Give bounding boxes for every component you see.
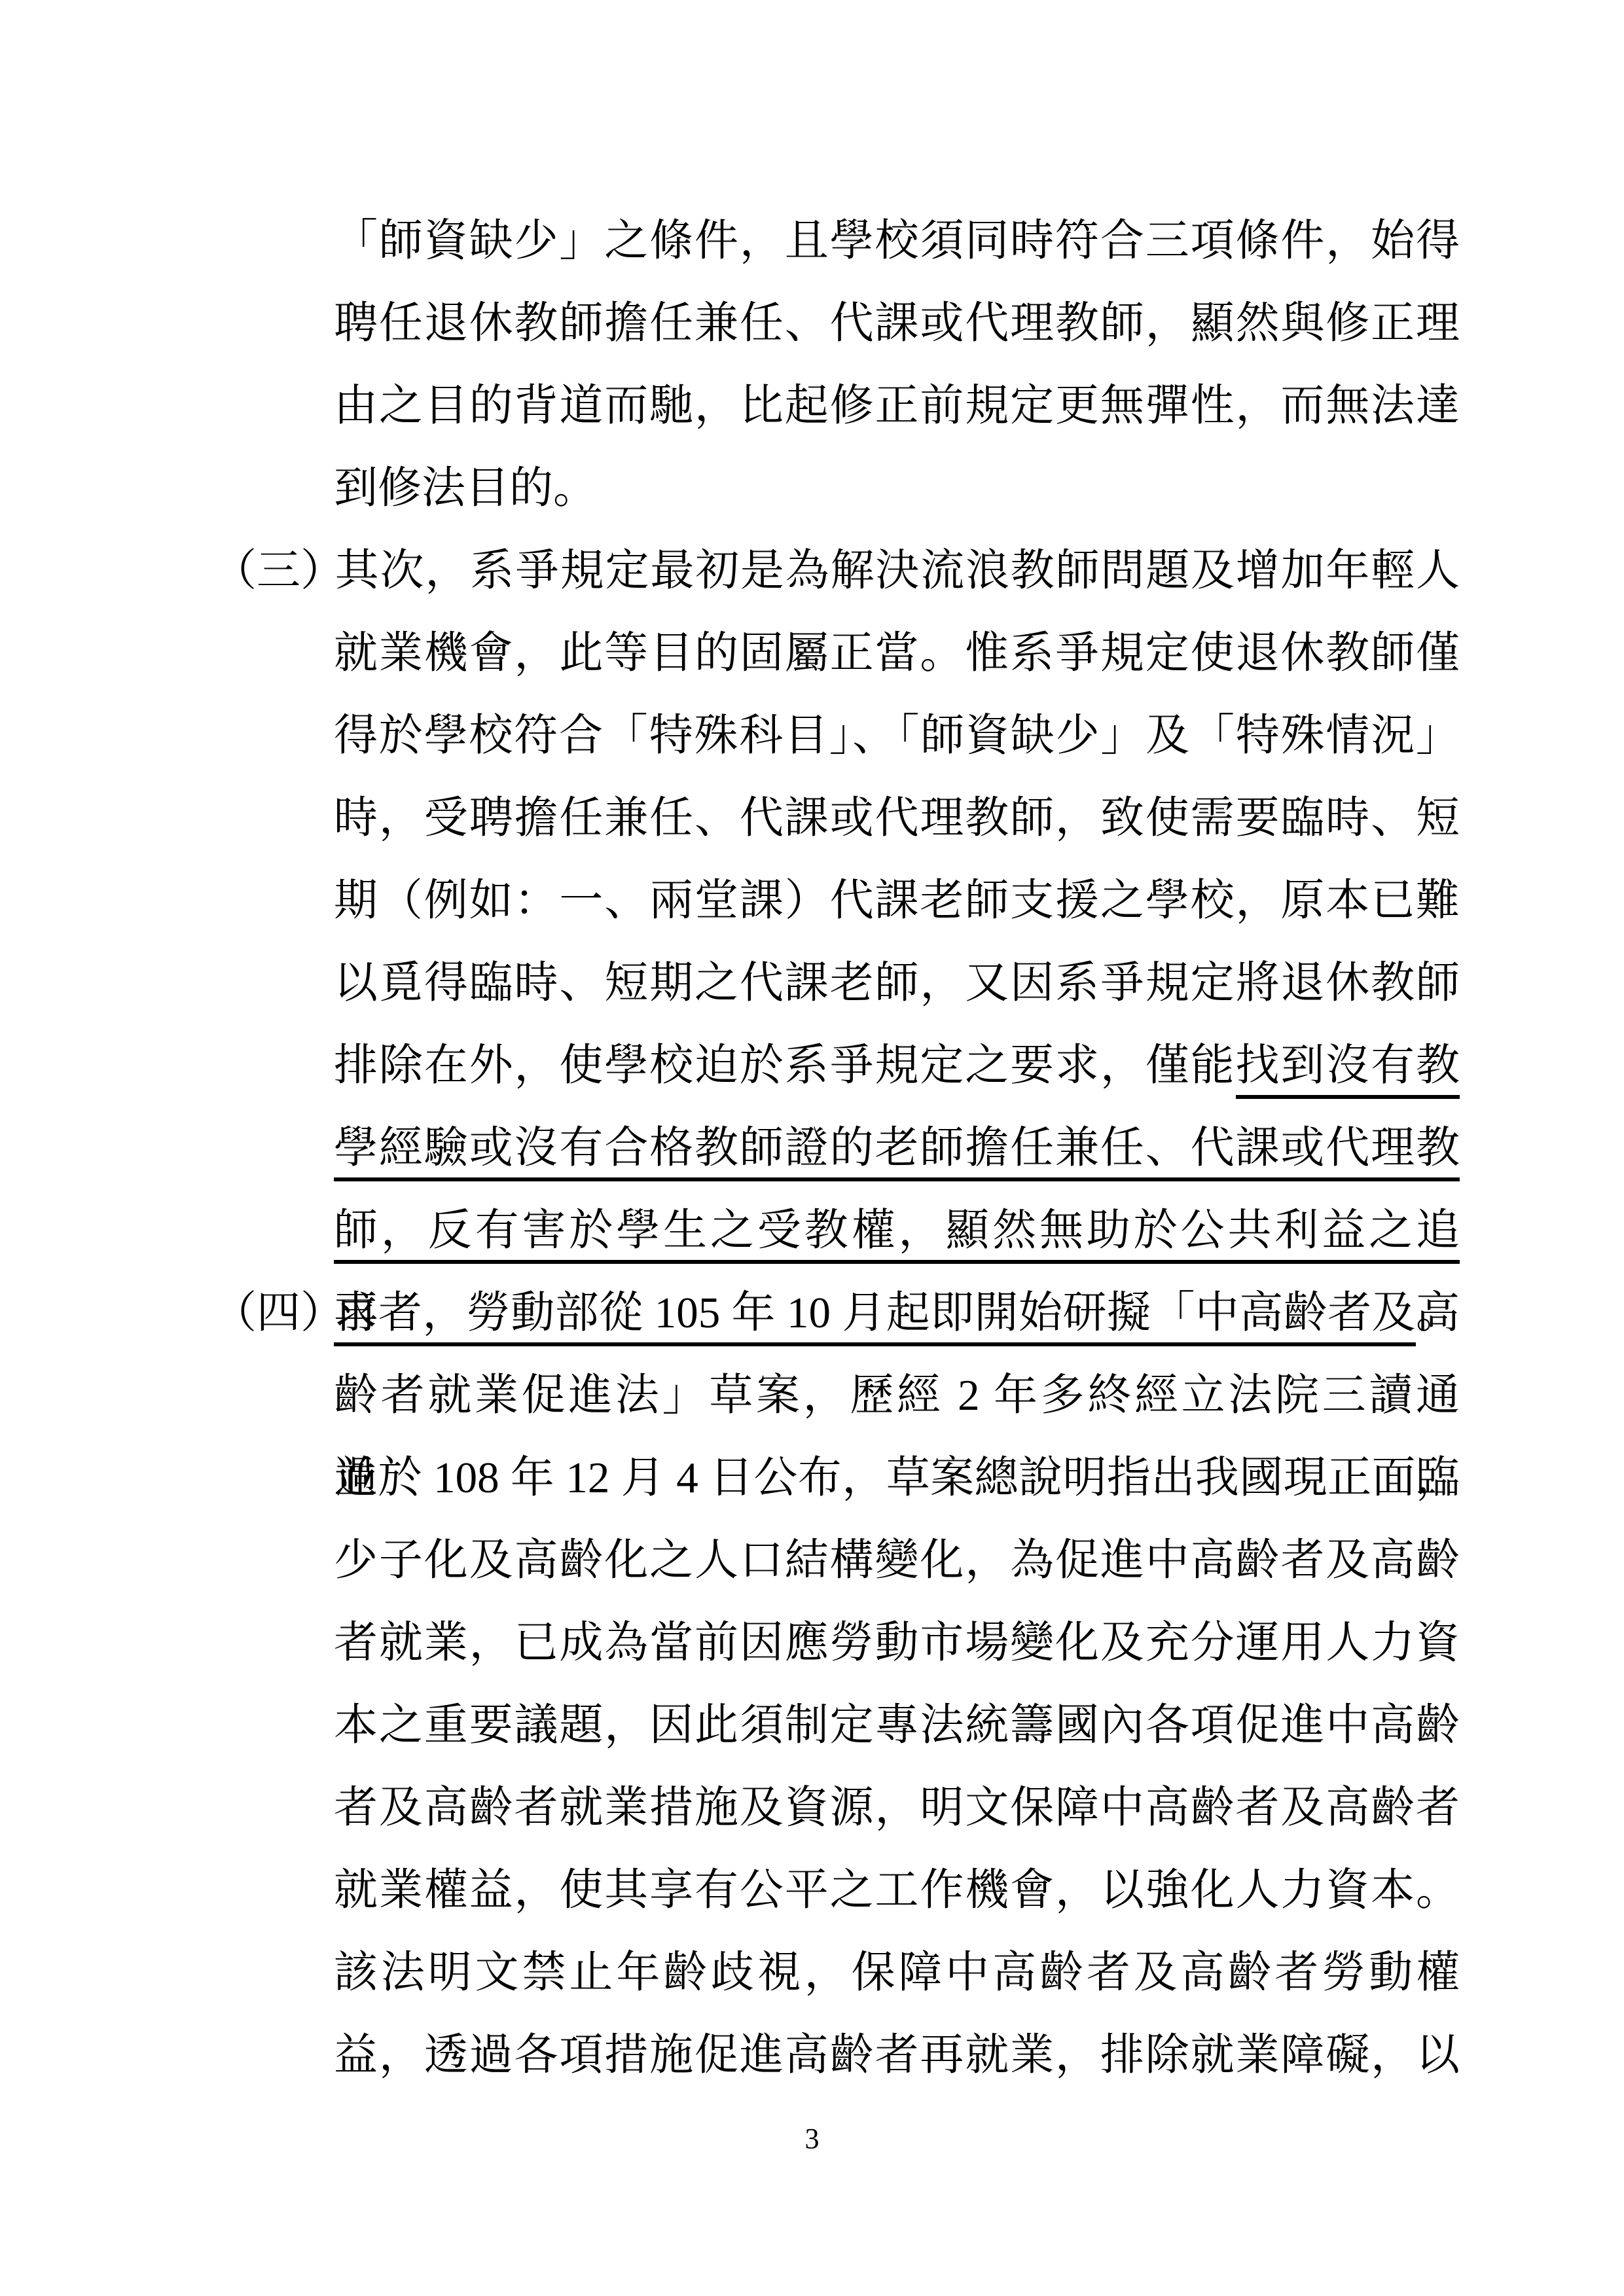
text-line: 就業機會，此等目的固屬正當。惟系爭規定使退休教師僅 <box>213 612 1460 694</box>
text-segment: 期（例如：一、兩堂課）代課老師支援之學校，原本已難 <box>334 876 1460 925</box>
text-line: （四）再者，勞動部從 105 年 10 月起即開始研擬「中高齡者及高 <box>213 1272 1460 1354</box>
text-line: 該法明文禁止年齡歧視，保障中高齡者及高齡者勞動權 <box>213 1931 1460 2014</box>
text-line: 排除在外，使學校迫於系爭規定之要求，僅能找到沒有教 <box>213 1024 1460 1107</box>
text-segment: 少子化及高齡化之人口結構變化，為促進中高齡者及高齡 <box>334 1536 1460 1585</box>
text-line: 期（例如：一、兩堂課）代課老師支援之學校，原本已難 <box>213 859 1460 942</box>
text-line: 時，受聘擔任兼任、代課或代理教師，致使需要臨時、短 <box>213 777 1460 859</box>
document-page: 「師資缺少」之條件，且學校須同時符合三項條件，始得聘任退休教師擔任兼任、代課或代… <box>0 0 1624 2296</box>
list-item-marker: （三） <box>213 529 334 612</box>
text-line: 者及高齡者就業措施及資源，明文保障中高齡者及高齡者 <box>213 1767 1460 1849</box>
text-line: 齡者就業促進法」草案，歷經 2 年多終經立法院三讀通過， <box>213 1354 1460 1437</box>
text-segment: 本之重要議題，因此須制定專法統籌國內各項促進中高齡 <box>334 1701 1460 1749</box>
text-segment: 者就業，已成為當前因應勞動市場變化及充分運用人力資 <box>334 1619 1460 1667</box>
text-segment: 其次，系爭規定最初是為解決流浪教師問題及增加年輕人 <box>334 547 1460 595</box>
text-line: 者就業，已成為當前因應勞動市場變化及充分運用人力資 <box>213 1602 1460 1684</box>
text-segment: 益，透過各項措施促進高齡者再就業，排除就業障礙，以 <box>334 2031 1460 2079</box>
text-line: 由之目的背道而馳，比起修正前規定更無彈性，而無法達 <box>213 365 1460 447</box>
text-line: 少子化及高齡化之人口結構變化，為促進中高齡者及高齡 <box>213 1519 1460 1602</box>
text-line: 並於 108 年 12 月 4 日公布，草案總說明指出我國現正面臨 <box>213 1437 1460 1519</box>
text-segment: 者及高齡者就業措施及資源，明文保障中高齡者及高齡者 <box>334 1784 1460 1832</box>
text-segment: 以覓得臨時、短期之代課老師，又因系爭規定將退休教師 <box>334 959 1460 1007</box>
text-segment: 得於學校符合「特殊科目」、「師資缺少」及「特殊情況」 <box>334 711 1460 760</box>
text-segment: 聘任退休教師擔任兼任、代課或代理教師，顯然與修正理 <box>334 299 1460 348</box>
list-item-marker: （四） <box>213 1272 334 1354</box>
text-line: 「師資缺少」之條件，且學校須同時符合三項條件，始得 <box>213 200 1460 282</box>
text-line: 學經驗或沒有合格教師證的老師擔任兼任、代課或代理教 <box>213 1107 1460 1189</box>
page-number: 3 <box>0 2119 1624 2159</box>
text-line: 就業權益，使其享有公平之工作機會，以強化人力資本。 <box>213 1849 1460 1931</box>
text-segment: 「師資缺少」之條件，且學校須同時符合三項條件，始得 <box>334 217 1460 265</box>
text-segment: 再者，勞動部從 105 年 10 月起即開始研擬「中高齡者及高 <box>334 1289 1460 1337</box>
text-segment: 時，受聘擔任兼任、代課或代理教師，致使需要臨時、短 <box>334 794 1460 842</box>
text-segment: 排除在外，使學校迫於系爭規定之要求，僅能 <box>334 1041 1236 1090</box>
text-line: 師，反有害於學生之受教權，顯然無助於公共利益之追求。 <box>213 1189 1460 1272</box>
text-line: 以覓得臨時、短期之代課老師，又因系爭規定將退休教師 <box>213 942 1460 1024</box>
text-segment: 就業機會，此等目的固屬正當。惟系爭規定使退休教師僅 <box>334 629 1460 677</box>
text-segment: 由之目的背道而馳，比起修正前規定更無彈性，而無法達 <box>334 382 1460 430</box>
text-line: 到修法目的。 <box>213 447 1460 529</box>
text-line: （三）其次，系爭規定最初是為解決流浪教師問題及增加年輕人 <box>213 529 1460 612</box>
underlined-text: 找到沒有教 <box>1236 1041 1460 1099</box>
text-line: 得於學校符合「特殊科目」、「師資缺少」及「特殊情況」 <box>213 694 1460 777</box>
text-line: 益，透過各項措施促進高齡者再就業，排除就業障礙，以 <box>213 2014 1460 2096</box>
text-segment: 到修法目的。 <box>334 464 597 512</box>
text-segment: 就業權益，使其享有公平之工作機會，以強化人力資本。 <box>334 1866 1460 1914</box>
document-body: 「師資缺少」之條件，且學校須同時符合三項條件，始得聘任退休教師擔任兼任、代課或代… <box>213 200 1460 2096</box>
text-line: 聘任退休教師擔任兼任、代課或代理教師，顯然與修正理 <box>213 282 1460 365</box>
text-segment: 該法明文禁止年齡歧視，保障中高齡者及高齡者勞動權 <box>334 1948 1460 1997</box>
text-segment: 並於 108 年 12 月 4 日公布，草案總說明指出我國現正面臨 <box>334 1454 1460 1502</box>
text-line: 本之重要議題，因此須制定專法統籌國內各項促進中高齡 <box>213 1684 1460 1767</box>
underlined-text: 學經驗或沒有合格教師證的老師擔任兼任、代課或代理教 <box>334 1124 1460 1181</box>
